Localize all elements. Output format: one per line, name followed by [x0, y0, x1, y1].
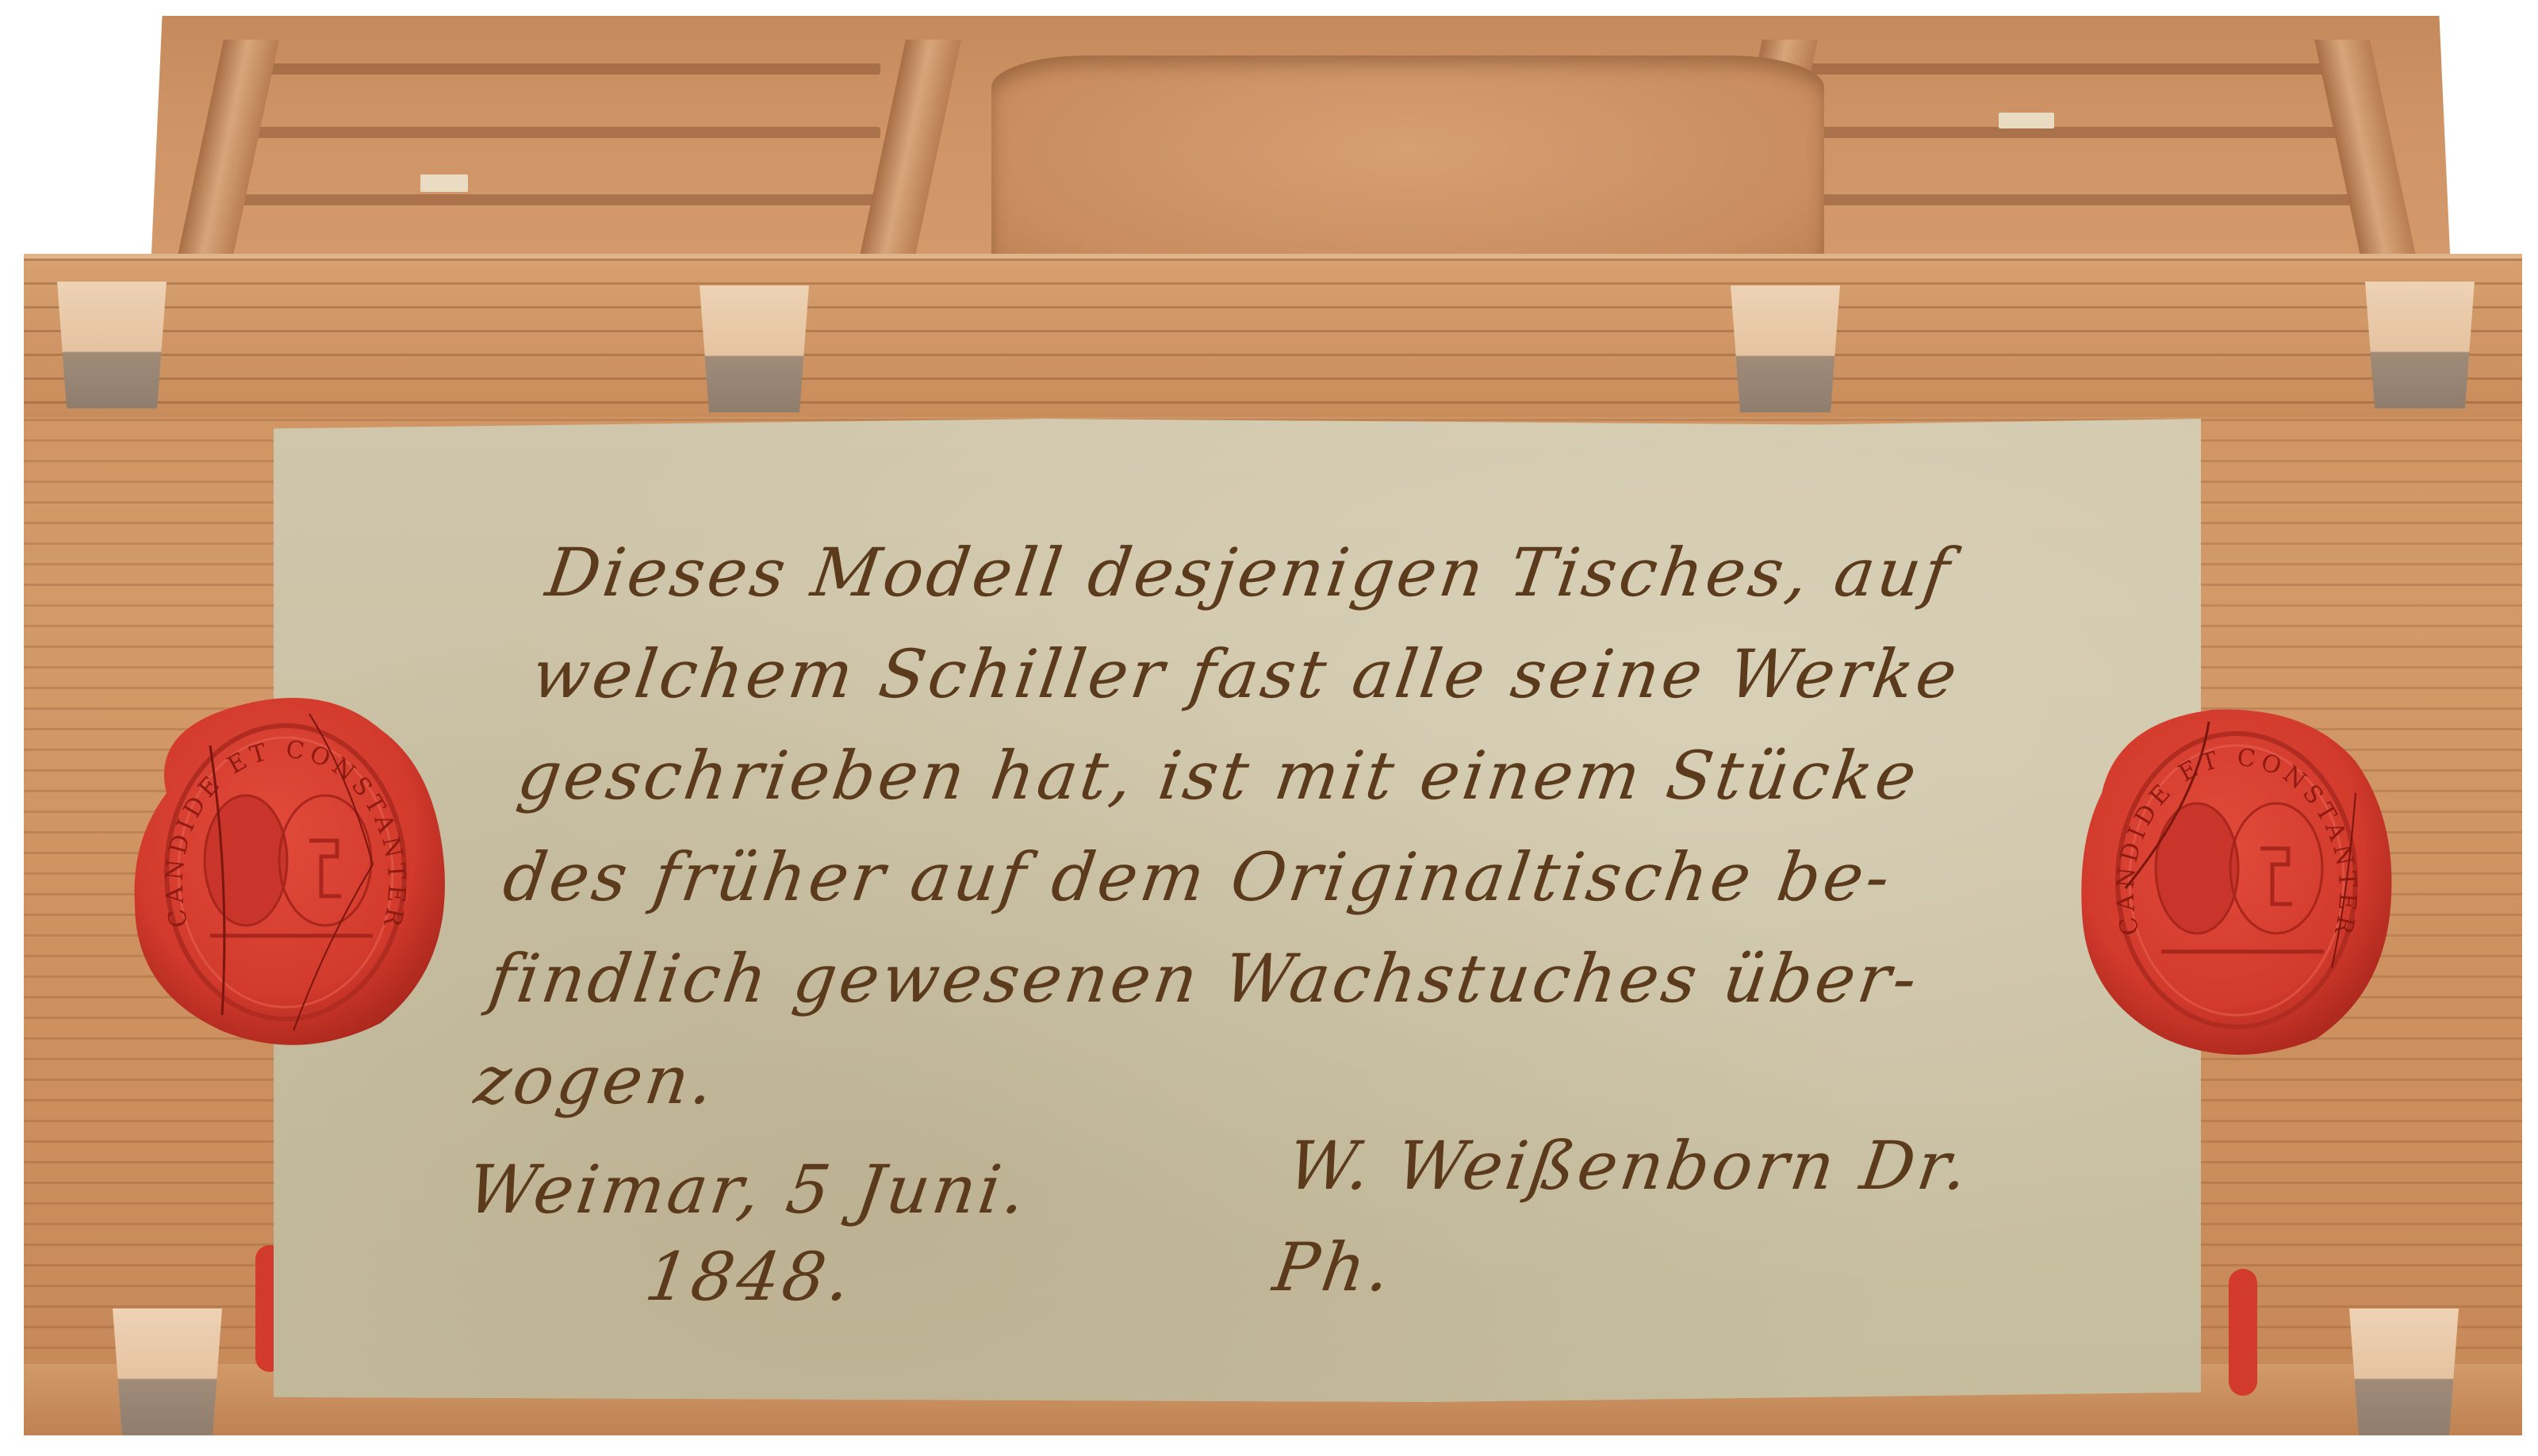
wax-seal-right: CANDIDE ET CONSTANTER — [2070, 690, 2403, 1063]
label-line: des früher auf dem Originaltische be- — [497, 826, 2098, 928]
post-top-inner-left — [690, 285, 809, 412]
corner-post-bottom-left — [103, 1308, 222, 1435]
photo-scene: Dieses Modell desjenigen Tisches, auf we… — [0, 0, 2538, 1456]
wax-seal-icon: CANDIDE ET CONSTANTER — [2070, 690, 2403, 1063]
wax-drip-right — [2229, 1269, 2257, 1396]
signature: W. Weißenborn Dr. Ph. — [1267, 1115, 2057, 1318]
wax-seal-icon: CANDIDE ET CONSTANTER — [119, 682, 452, 1055]
year: 1848. — [639, 1226, 860, 1328]
wax-seal-left: CANDIDE ET CONSTANTER — [119, 682, 452, 1055]
signature-block: Weimar, 5 Juni. 1848. W. Weißenborn Dr. … — [453, 1139, 2053, 1240]
box-front-top-rail — [24, 254, 2522, 417]
label-line: findlich gewesenen Wachstuches über- — [483, 928, 2084, 1029]
corner-post-top-left — [48, 282, 167, 408]
label-line: Dieses Modell desjenigen Tisches, auf — [540, 522, 2141, 623]
corner-post-top-right — [2356, 282, 2475, 408]
label-line: geschrieben hat, ist mit einem Stücke — [512, 725, 2112, 826]
paper-label: Dieses Modell desjenigen Tisches, auf we… — [274, 419, 2201, 1402]
handwritten-text: Dieses Modell desjenigen Tisches, auf we… — [453, 522, 2140, 1240]
lid-paper-fragment — [1999, 113, 2054, 128]
box-lid — [151, 16, 2451, 270]
label-line: welchem Schiller fast alle seine Werke — [526, 623, 2126, 725]
lid-paper-fragment — [420, 174, 468, 192]
corner-post-bottom-right — [2340, 1308, 2459, 1435]
place-date: Weimar, 5 Juni. — [461, 1139, 1035, 1240]
post-top-inner-right — [1721, 285, 1840, 412]
